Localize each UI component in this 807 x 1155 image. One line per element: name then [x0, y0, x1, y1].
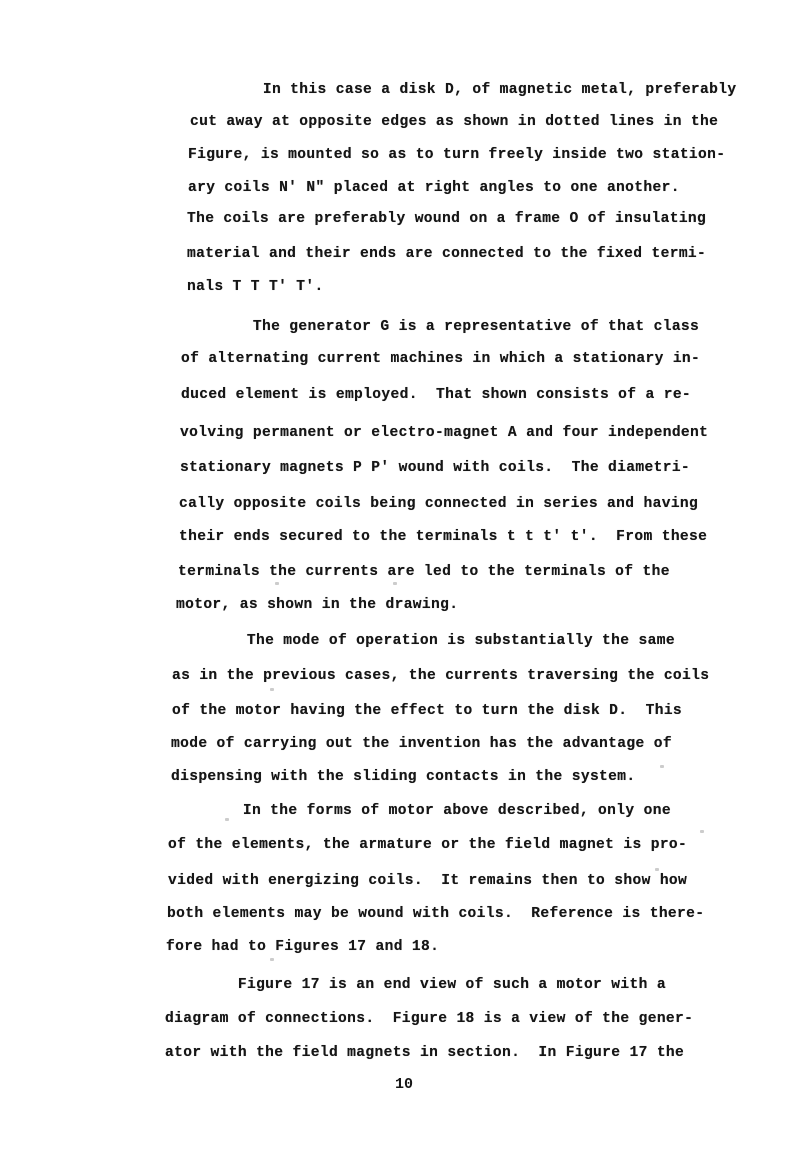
document-page: In this case a disk D, of magnetic metal… [0, 0, 807, 1155]
text-line: The mode of operation is substantially t… [174, 632, 675, 650]
text-line: motor, as shown in the drawing. [176, 596, 458, 614]
text-line: vided with energizing coils. It remains … [168, 872, 687, 890]
text-line: The generator G is a representative of t… [180, 318, 699, 336]
text-line: ator with the field magnets in section. … [165, 1044, 684, 1062]
text-line: duced element is employed. That shown co… [181, 386, 691, 404]
text-line: their ends secured to the terminals t t … [179, 528, 707, 546]
text-line: both elements may be wound with coils. R… [167, 905, 704, 923]
page-number: 10 [395, 1076, 413, 1093]
text-line: nals T T T' T'. [187, 278, 324, 296]
text-line: dispensing with the sliding contacts in … [171, 768, 636, 786]
text-line: of alternating current machines in which… [181, 350, 700, 368]
text-line: In this case a disk D, of magnetic metal… [190, 81, 736, 99]
text-line: In the forms of motor above described, o… [170, 802, 671, 820]
text-line: cut away at opposite edges as shown in d… [190, 113, 718, 131]
scan-speck [700, 830, 704, 833]
text-line: diagram of connections. Figure 18 is a v… [165, 1010, 693, 1028]
scan-speck [270, 688, 274, 691]
scan-speck [270, 958, 274, 961]
text-line: Figure, is mounted so as to turn freely … [188, 146, 725, 164]
scan-speck [225, 818, 229, 821]
text-line: volving permanent or electro-magnet A an… [180, 424, 708, 442]
text-line: stationary magnets P P' wound with coils… [180, 459, 690, 477]
scan-speck [393, 582, 397, 585]
text-line: fore had to Figures 17 and 18. [166, 938, 439, 956]
text-line: of the motor having the effect to turn t… [172, 702, 682, 720]
text-line: of the elements, the armature or the fie… [168, 836, 687, 854]
text-line: Figure 17 is an end view of such a motor… [165, 976, 666, 994]
text-line: ary coils N' N" placed at right angles t… [188, 179, 680, 197]
text-line: The coils are preferably wound on a fram… [187, 210, 706, 228]
text-line: as in the previous cases, the currents t… [172, 667, 709, 685]
scan-speck [275, 582, 279, 585]
text-line: cally opposite coils being connected in … [179, 495, 698, 513]
scan-speck [660, 765, 664, 768]
scan-speck [655, 868, 659, 871]
text-line: mode of carrying out the invention has t… [171, 735, 672, 753]
text-line: terminals the currents are led to the te… [178, 563, 670, 581]
text-line: material and their ends are connected to… [187, 245, 706, 263]
